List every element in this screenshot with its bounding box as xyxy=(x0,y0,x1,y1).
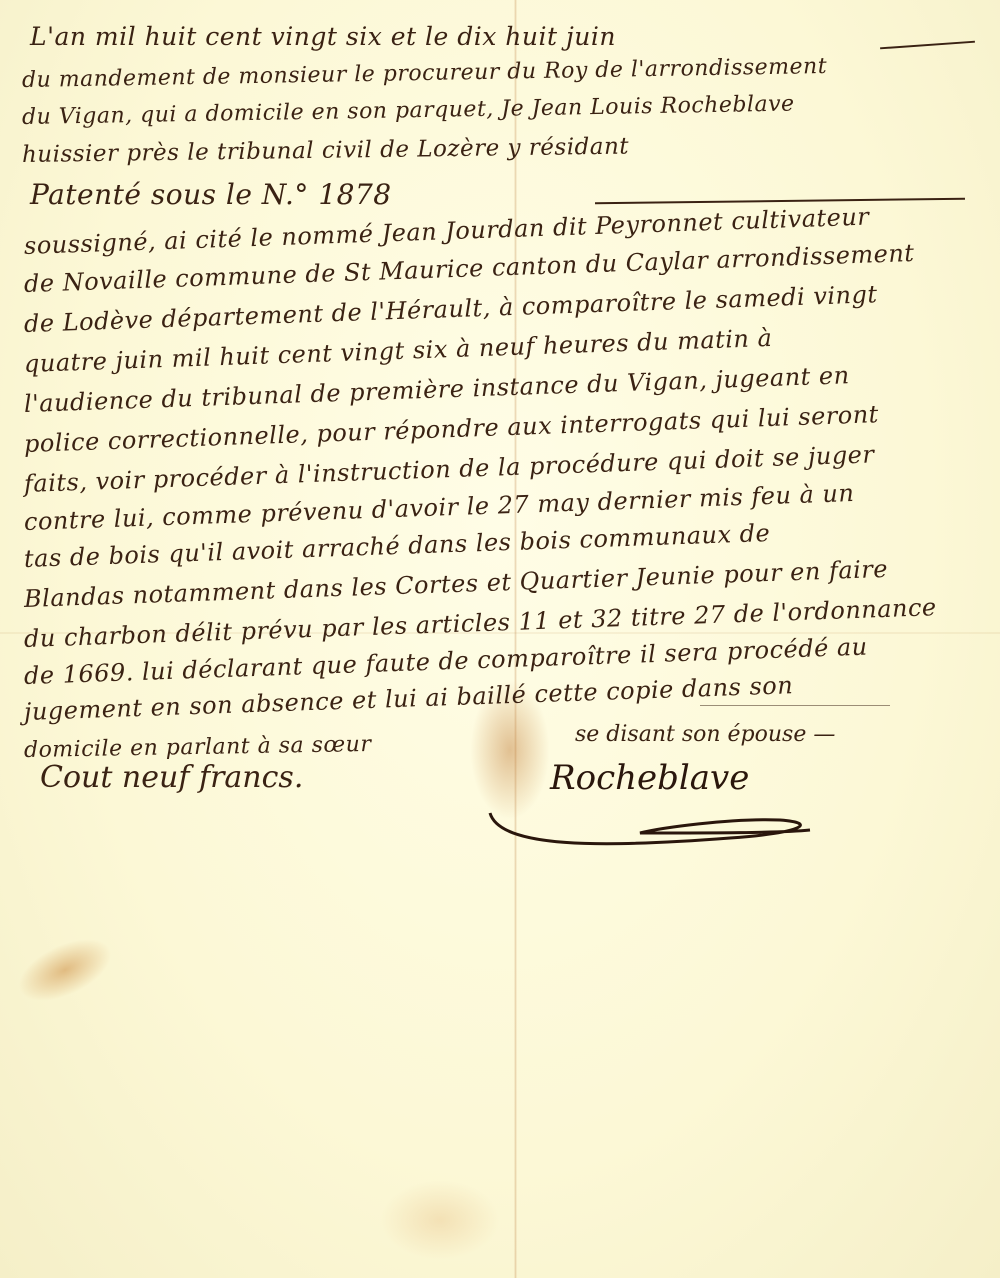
signature-flourish xyxy=(480,808,840,868)
rust-stain xyxy=(9,926,121,1014)
header-line-2: du mandement de monsieur le procureur du… xyxy=(22,54,828,93)
continuation-note: se disant son épouse — xyxy=(575,722,835,747)
signature: Rocheblave xyxy=(550,758,749,798)
header-line-1: L'an mil huit cent vingt six et le dix h… xyxy=(30,22,616,51)
faint-stain xyxy=(380,1180,500,1260)
header-line-5: Patenté sous le N.° 1878 xyxy=(30,178,392,211)
body-line-14: domicile en parlant à sa sœur xyxy=(24,732,372,763)
header-line-4: huissier près le tribunal civil de Lozèr… xyxy=(22,134,629,168)
faint-rule xyxy=(700,705,890,706)
header-line-3: du Vigan, qui a domicile en son parquet,… xyxy=(22,92,795,130)
line-filler-rule xyxy=(880,41,975,50)
cost-line: Cout neuf francs. xyxy=(40,760,303,795)
patent-rule xyxy=(595,198,965,205)
paper-fold-vertical xyxy=(514,0,517,1278)
document-page: L'an mil huit cent vingt six et le dix h… xyxy=(0,0,1000,1278)
